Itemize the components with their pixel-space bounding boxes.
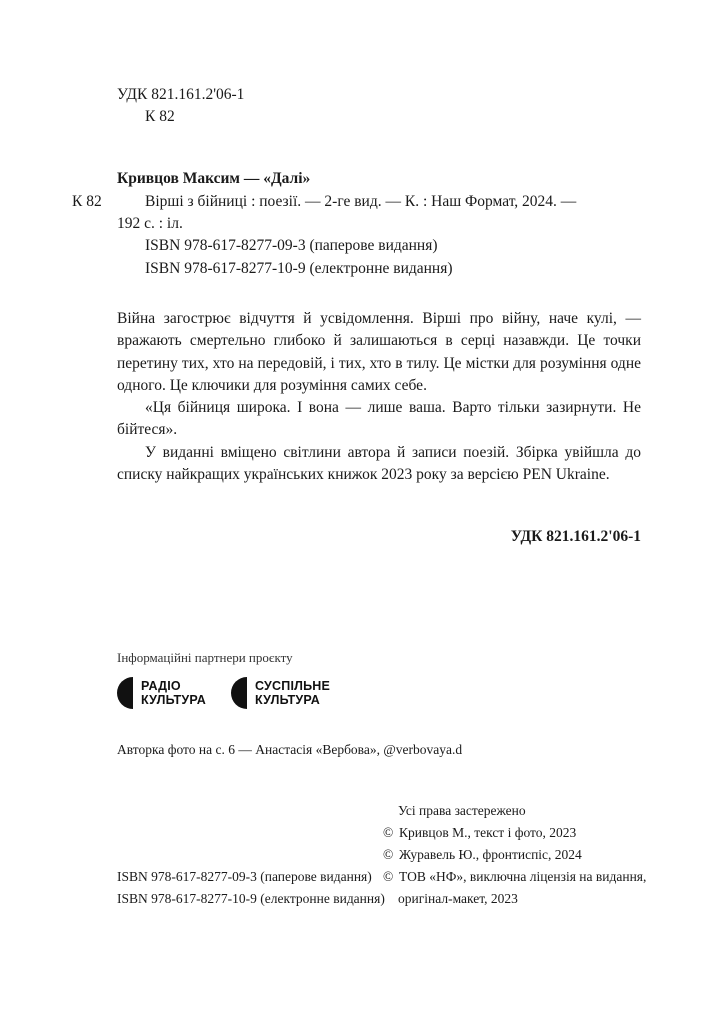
annotation-paragraph: У виданні вміщено світлини автора й запи… [117, 442, 641, 487]
radio-kultura-logo: РАДІО КУЛЬТУРА [117, 676, 206, 710]
isbn-electronic: ISBN 978-617-8277-10-9 (електронне видан… [145, 258, 453, 280]
annotation: Війна загострює відчуття й усвідомлення.… [117, 308, 641, 486]
rights-reserved: Усі права застережено [398, 801, 526, 821]
isbn-electronic-bottom: ISBN 978-617-8277-10-9 (електронне видан… [117, 889, 385, 909]
logo-line: СУСПІЛЬНЕ [255, 679, 330, 693]
half-circle-icon [117, 677, 133, 709]
annotation-paragraph: Війна загострює відчуття й усвідомлення.… [117, 308, 641, 397]
logo-line: РАДІО [141, 679, 206, 693]
suspilne-kultura-logo: СУСПІЛЬНЕ КУЛЬТУРА [231, 676, 330, 710]
isbn-paper-bottom: ISBN 978-617-8277-09-3 (паперове видання… [117, 867, 372, 887]
photo-credit: Авторка фото на с. 6 — Анастасія «Вербов… [117, 740, 462, 760]
copyright-item: ©Журавель Ю., фронтиспіс, 2024 [383, 845, 582, 865]
logo-line: КУЛЬТУРА [141, 693, 206, 707]
copyright-icon: © [383, 867, 399, 887]
copyright-icon: © [383, 845, 399, 865]
side-author-mark: К 82 [72, 191, 102, 213]
pages-description: 192 с. : іл. [117, 213, 183, 235]
isbn-paper: ISBN 978-617-8277-09-3 (паперове видання… [145, 235, 438, 257]
author-title: Кривцов Максим — «Далі» [117, 168, 310, 190]
bibliographic-description: Вірші з бійниці : поезії. — 2-ге вид. — … [145, 191, 576, 213]
half-circle-icon [231, 677, 247, 709]
author-mark: К 82 [145, 106, 175, 128]
copyright-icon: © [383, 823, 399, 843]
copyright-item: ©ТОВ «НФ», виключна ліцензія на видання, [383, 867, 646, 887]
partners-label: Інформаційні партнери проєкту [117, 650, 293, 666]
copyright-item: ©Кривцов М., текст і фото, 2023 [383, 823, 576, 843]
logo-line: КУЛЬТУРА [255, 693, 330, 707]
udk-code: УДК 821.161.2'06-1 [117, 84, 244, 106]
annotation-paragraph: «Ця бійниця широка. І вона — лише ваша. … [117, 397, 641, 442]
udk-code-bottom: УДК 821.161.2'06-1 [511, 526, 641, 548]
copyright-continuation: оригінал-макет, 2023 [398, 889, 518, 909]
